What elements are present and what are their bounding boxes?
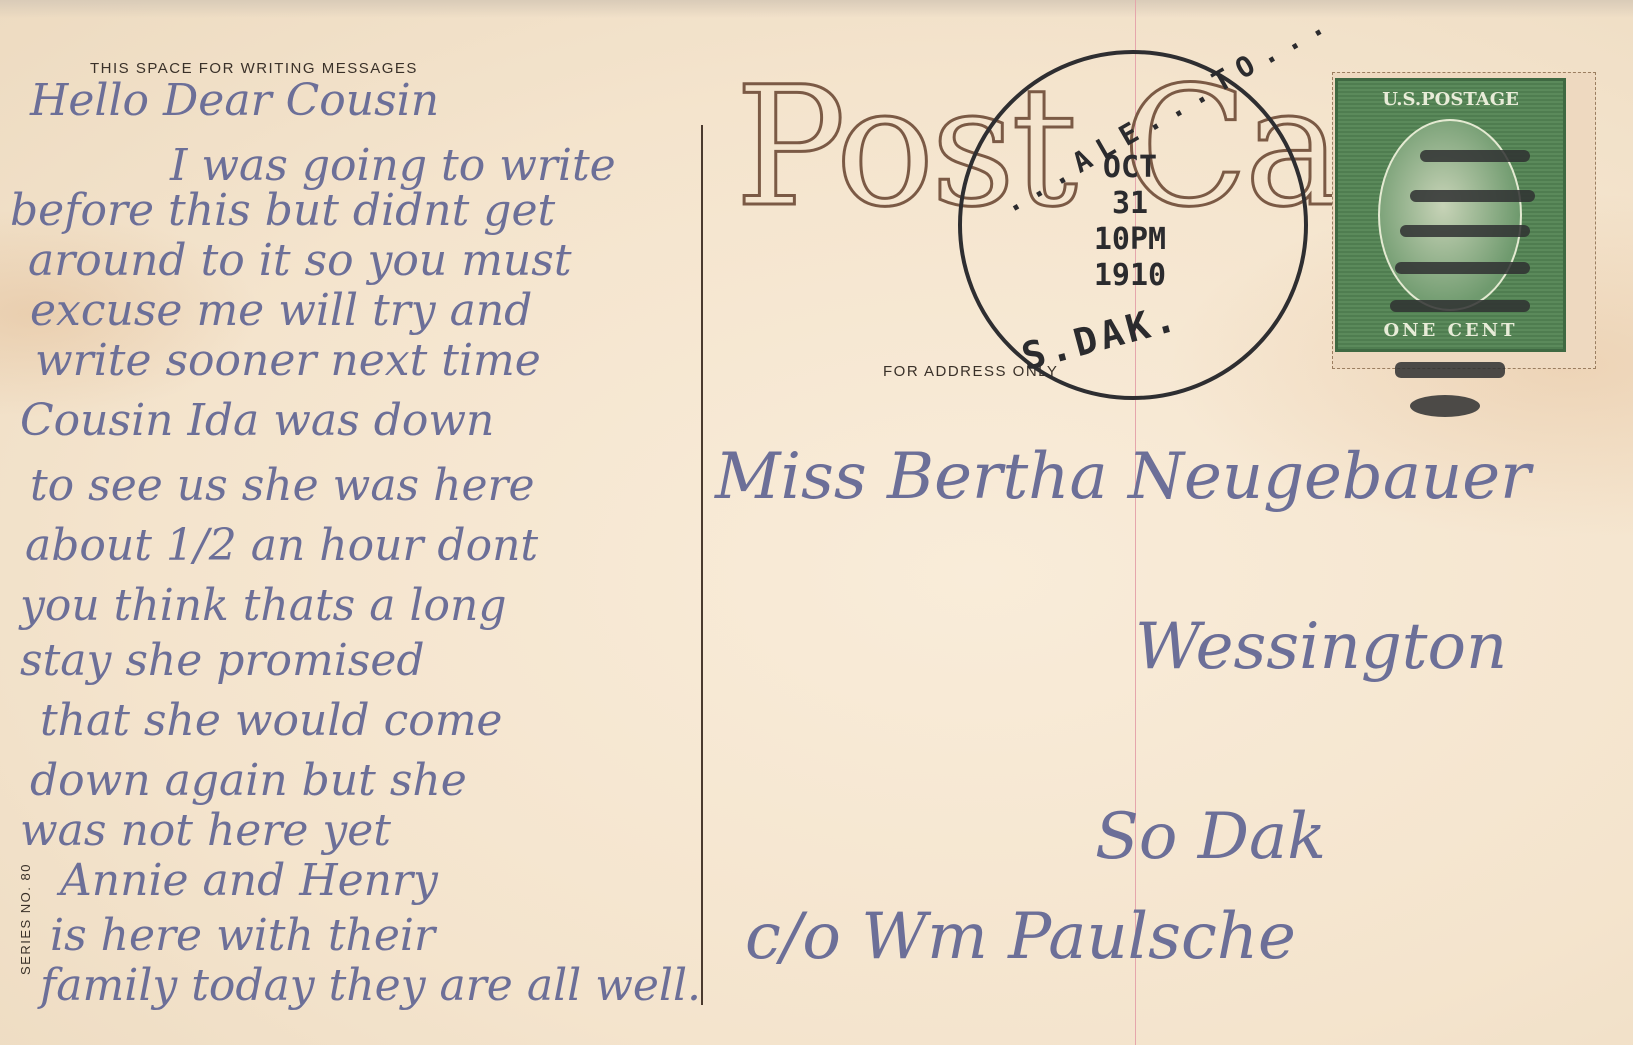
message-line: to see us she was here (30, 460, 535, 511)
cancel-bar (1395, 262, 1530, 274)
cancel-bar (1400, 225, 1530, 237)
postmark-day: 31 (1070, 186, 1190, 222)
message-line: around to it so you must (28, 235, 572, 286)
message-line: that she would come (40, 695, 502, 746)
message-line: is here with their (50, 910, 435, 961)
message-line: I was going to write (170, 140, 616, 191)
postcard: THIS SPACE FOR WRITING MESSAGES FOR ADDR… (0, 0, 1633, 1045)
message-line: Hello Dear Cousin (30, 75, 439, 126)
message-line: family today they are all well. (40, 960, 701, 1011)
address-state: So Dak (1095, 800, 1326, 874)
stamp-portrait-icon (1378, 119, 1522, 311)
postmark-year: 1910 (1070, 258, 1190, 294)
cancel-bar (1410, 190, 1535, 202)
address-name: Miss Bertha Neugebauer (715, 440, 1531, 514)
cancel-bar (1410, 395, 1480, 417)
postmark-month: OCT (1070, 150, 1190, 186)
top-edge-shadow (0, 0, 1633, 18)
stamp-top-text: U.S.POSTAGE (1338, 89, 1563, 110)
message-line: down again but she (30, 755, 467, 806)
message-line: Annie and Henry (60, 855, 438, 906)
message-line: stay she promised (20, 635, 425, 686)
message-line: before this but didnt get (10, 185, 555, 236)
address-city: Wessington (1135, 610, 1507, 684)
message-line: excuse me will try and (30, 285, 532, 336)
center-divider (701, 125, 703, 1005)
cancel-bar (1390, 300, 1530, 312)
stamp-bottom-text: ONE CENT (1338, 320, 1563, 341)
message-line: about 1/2 an hour dont (25, 520, 538, 571)
cancel-bar (1395, 362, 1505, 378)
cancel-bar (1420, 150, 1530, 162)
message-line: was not here yet (20, 805, 391, 856)
series-number: SERIES NO. 80 (18, 863, 33, 975)
postmark-date: OCT 31 10PM 1910 (1070, 150, 1190, 294)
message-line: Cousin Ida was down (20, 395, 494, 446)
message-line: write sooner next time (35, 335, 541, 386)
message-line: you think thats a long (20, 580, 507, 631)
address-care-of: c/o Wm Paulsche (745, 900, 1296, 974)
postmark-time: 10PM (1070, 222, 1190, 258)
